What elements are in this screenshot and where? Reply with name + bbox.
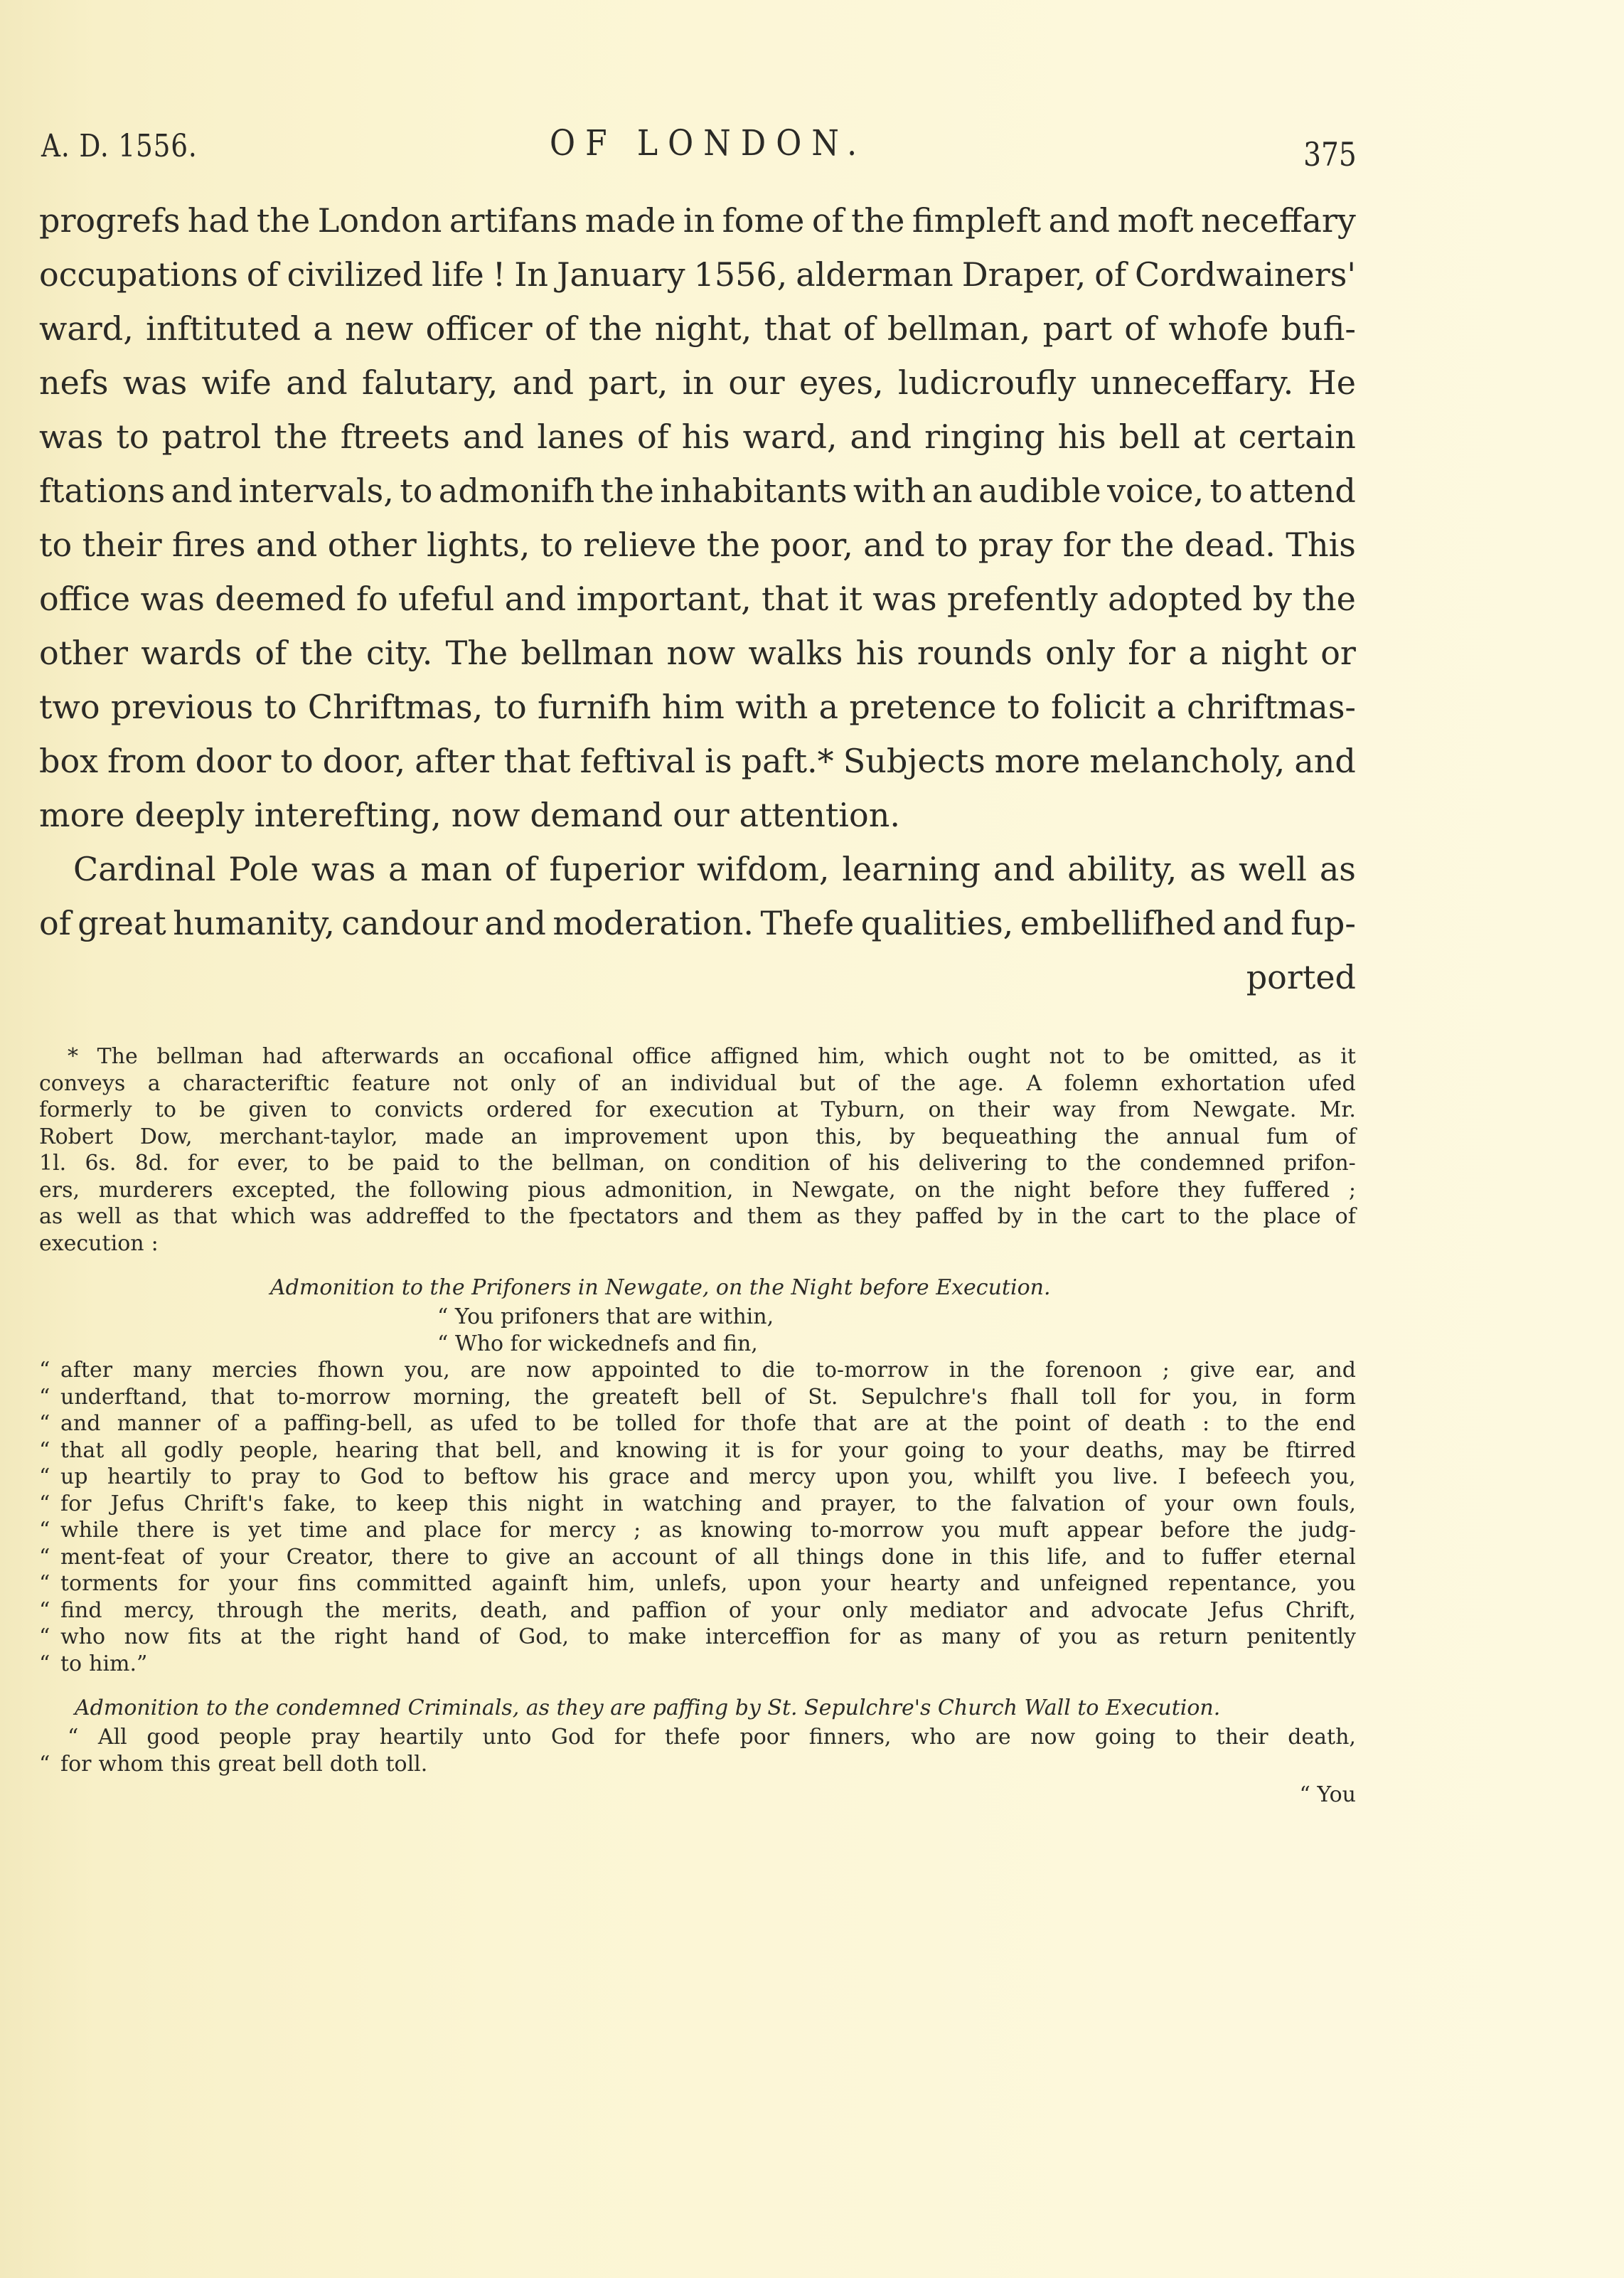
admonition-1-line: “tormentsforyourfinscommittedagainfthim,…: [39, 1571, 1356, 1598]
admonition-1-line: “ment-featofyourCreator,theretogiveanacc…: [39, 1545, 1356, 1572]
verse-line: “ Who for wickednefs and fin,: [39, 1331, 1356, 1358]
admonition-1-line: “upheartilytopraytoGodtobeftowhisgracean…: [39, 1464, 1356, 1491]
admonition-1-line: “whilethereisyettimeandplaceformercy;ask…: [39, 1518, 1356, 1545]
footnote-line: execution:: [39, 1231, 1356, 1258]
body-line: progrefshadtheLondonartifansmadeinfomeof…: [39, 198, 1356, 252]
footnote-line: formerlytobegiventoconvictsorderedforexe…: [39, 1097, 1356, 1124]
footnote-line: aswellasthatwhichwasaddreffedtothefpecta…: [39, 1204, 1356, 1231]
footnote-line: ers,murderersexcepted,thefollowingpiousa…: [39, 1178, 1356, 1205]
footnote-intro: *Thebellmanhadafterwardsanoccafionaloffi…: [39, 1044, 1356, 1257]
body-line: ftationsandintervals,toadmonifhtheinhabi…: [39, 468, 1356, 522]
admonition-1-line: “thatallgodlypeople,hearingthatbell,andk…: [39, 1438, 1356, 1465]
footnote: *Thebellmanhadafterwardsanoccafionaloffi…: [39, 1044, 1356, 1814]
body-line: twoprevioustoChriftmas,tofurnifhhimwitha…: [39, 684, 1356, 738]
admonition-2-heading: Admonition to the condemned Criminals, a…: [39, 1692, 1356, 1725]
admonition-1-text: “aftermanymerciesfhownyou,arenowappointe…: [39, 1358, 1356, 1678]
body-line: nefswaswifeandfalutary,andpart,inoureyes…: [39, 360, 1356, 414]
body-line: boxfromdoortodoor,afterthatfeftivalispaf…: [39, 738, 1356, 792]
running-head: A. D. 1556. OF LONDON. 375: [41, 122, 1357, 172]
page-number: 375: [1303, 135, 1357, 174]
catchword: “ You: [1300, 1782, 1356, 1807]
admonition-1-line: “andmannerofapaffing-bell,asufedtobetoll…: [39, 1411, 1356, 1438]
body-line: otherwardsofthecity.Thebellmannowwalkshi…: [39, 630, 1356, 684]
body-line: ofgreathumanity,candourandmoderation.The…: [39, 900, 1356, 954]
body-line: wastopatroltheftreetsandlanesofhisward,a…: [39, 414, 1356, 468]
admonition-1-line: “findmercy,throughthemerits,death,andpaf…: [39, 1598, 1356, 1625]
body-line: occupationsofcivilizedlife!InJanuary1556…: [39, 252, 1356, 306]
body-line: totheirfiresandotherlights,torelievethep…: [39, 522, 1356, 576]
admonition-1-line: “underftand,thatto-morrowmorning,thegrea…: [39, 1385, 1356, 1412]
admonition-1-line: “aftermanymerciesfhownyou,arenowappointe…: [39, 1358, 1356, 1385]
admonition-1-line: “tohim.”: [39, 1651, 1356, 1678]
admonition-1-line: “whonowfitsattherighthandofGod,tomakeint…: [39, 1624, 1356, 1651]
book-page: A. D. 1556. OF LONDON. 375 progrefshadth…: [0, 0, 1624, 2278]
body-line: ported: [39, 954, 1356, 1008]
footnote-line: *Thebellmanhadafterwardsanoccafionaloffi…: [39, 1044, 1356, 1071]
running-head-title: OF LONDON.: [550, 122, 867, 164]
footnote-line: conveysacharacterifticfeaturenotonlyofan…: [39, 1071, 1356, 1098]
admonition-2-line: “AllgoodpeopleprayheartilyuntoGodforthef…: [39, 1725, 1356, 1752]
admonition-2-line: “ forwhomthisgreatbelldothtoll.: [39, 1752, 1356, 1779]
body-text: progrefshadtheLondonartifansmadeinfomeof…: [39, 198, 1356, 1008]
body-line: CardinalPolewasamanoffuperiorwifdom,lear…: [39, 846, 1356, 900]
body-line: officewasdeemedfoufefulandimportant,that…: [39, 576, 1356, 630]
footnote-line: RobertDow,merchant-taylor,madeanimprovem…: [39, 1124, 1356, 1151]
footnote-line: 1l.6s.8d.forever,tobepaidtothebellman,on…: [39, 1151, 1356, 1178]
admonition-1-heading: Admonition to the Prifoners in Newgate, …: [39, 1272, 1356, 1304]
running-head-date: A. D. 1556.: [41, 128, 198, 164]
admonition-1-line: “forJefusChrift'sfake,tokeepthisnightinw…: [39, 1491, 1356, 1518]
body-line: ward,inftitutedanewofficerofthenight,tha…: [39, 306, 1356, 360]
verse-line: “ You prifoners that are within,: [39, 1304, 1356, 1331]
body-line: moredeeplyinterefting,nowdemandourattent…: [39, 792, 1356, 846]
